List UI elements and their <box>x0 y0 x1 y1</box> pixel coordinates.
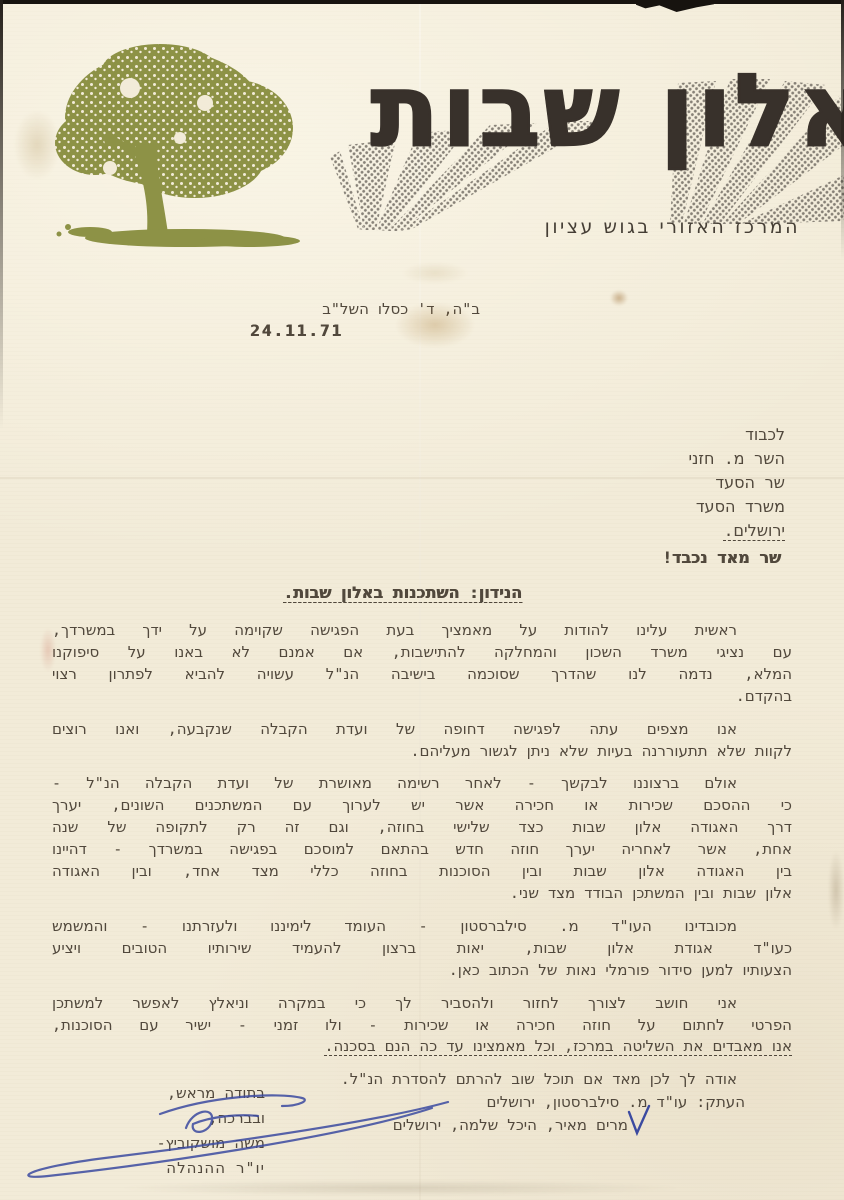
fold-crease-horizontal <box>0 477 844 479</box>
paper-stain <box>402 262 468 284</box>
scan-artifact-left-edge <box>0 0 3 430</box>
text-line: הפרטי לחתום על חוזה חכירה או שכירות - ול… <box>52 1015 792 1037</box>
text-line: אנו מאבדים את השליטה במרכז, וכל מאמצינו … <box>52 1036 792 1058</box>
text-line: מכובדינו העו"ד מ. סילברסטון - העומד לימי… <box>52 916 792 938</box>
text-line: ירושלים. <box>688 519 785 543</box>
subject-line: הנידון: השתכנות באלון שבות. <box>283 583 522 602</box>
handwritten-signature <box>0 1080 470 1200</box>
text-line: כעו"ד אגודת אלון שבות, יאות ברצון להעמיד… <box>52 938 792 960</box>
text-line: שר הסעד <box>688 471 785 495</box>
text-line: אחת, אשר לאחריה יערך חוזה חדש בהתאם למוס… <box>52 839 792 861</box>
oak-tree-logo-icon <box>35 28 300 263</box>
text-line: דרך האגודה אלון שבות כצד שלישי בחוזה, וג… <box>52 817 792 839</box>
text-line: בהקדם. <box>52 686 792 708</box>
text-line: לכבוד <box>688 423 785 447</box>
text-line: הצעותיו למען סידור פורמלי נאות של הכתוב … <box>52 960 792 982</box>
paragraph-3: אולם ברצוננו לבקשך - לאחר רשימה מאושרת ש… <box>52 773 792 904</box>
date-numeric: 24.11.71 <box>250 321 343 340</box>
paper-stain <box>40 628 56 672</box>
paper-stain <box>395 302 475 348</box>
paragraph-1: ראשית עלינו להודות על מאמציך בעת הפגישה … <box>52 620 792 708</box>
paragraph-4: מכובדינו העו"ד מ. סילברסטון - העומד לימי… <box>52 916 792 982</box>
recipient-block: לכבודהשר מ. חזנישר הסעדמשרד הסעדירושלים. <box>688 423 785 543</box>
paragraph-2: אנו מצפים עתה לפגישה דחופה של ועדת הקבלה… <box>52 719 792 763</box>
text-line: משרד הסעד <box>688 495 785 519</box>
text-line: עם נציגי משרד השכון והמחלקה להתישבות, אם… <box>52 642 792 664</box>
salutation: שר מאד נכבד! <box>662 548 781 567</box>
text-line: כי ההסכם שכירות או חכירה אשר יש לערוך עם… <box>52 795 792 817</box>
text-line: ראשית עלינו להודות על מאמציך בעת הפגישה … <box>52 620 792 642</box>
scan-artifact-tear <box>636 0 714 12</box>
letterhead-tagline: המרכז האזורי בגוש עציון <box>545 216 800 238</box>
text-line: לקוות שלא תתעוררנה בעיות שלא ניתן לגשור … <box>52 741 792 763</box>
text-line: השר מ. חזני <box>688 447 785 471</box>
letterhead-title: אלון שבות <box>371 18 844 208</box>
letter-body: ראשית עלינו להודות על מאמציך בעת הפגישה … <box>52 620 792 1102</box>
paper-stain <box>828 850 844 930</box>
text-line: אנו מצפים עתה לפגישה דחופה של ועדת הקבלה… <box>52 719 792 741</box>
text-line: אני חושב לצורך לחזור ולהסביר לך כי במקרה… <box>52 993 792 1015</box>
scanned-letter-page: אלון שבות המרכז האזורי בגוש עציון ב"ה, ד… <box>0 0 844 1200</box>
paper-stain <box>610 290 628 306</box>
text-line: המלא, נדמה לנו שהדרך שסוכמה בישיבה הנ"ל … <box>52 664 792 686</box>
scan-artifact-top-edge <box>0 0 844 4</box>
checkmark-annotation-icon <box>626 1104 652 1136</box>
text-line: אולם ברצוננו לבקשך - לאחר רשימה מאושרת ש… <box>52 773 792 795</box>
text-line: אלון שבות ובין המשתכן הבודד מצד שני. <box>52 883 792 905</box>
text-line: בין האגודה אלון שבות ובין הסוכנות בחוזה … <box>52 861 792 883</box>
paragraph-5: אני חושב לצורך לחזור ולהסביר לך כי במקרה… <box>52 993 792 1059</box>
